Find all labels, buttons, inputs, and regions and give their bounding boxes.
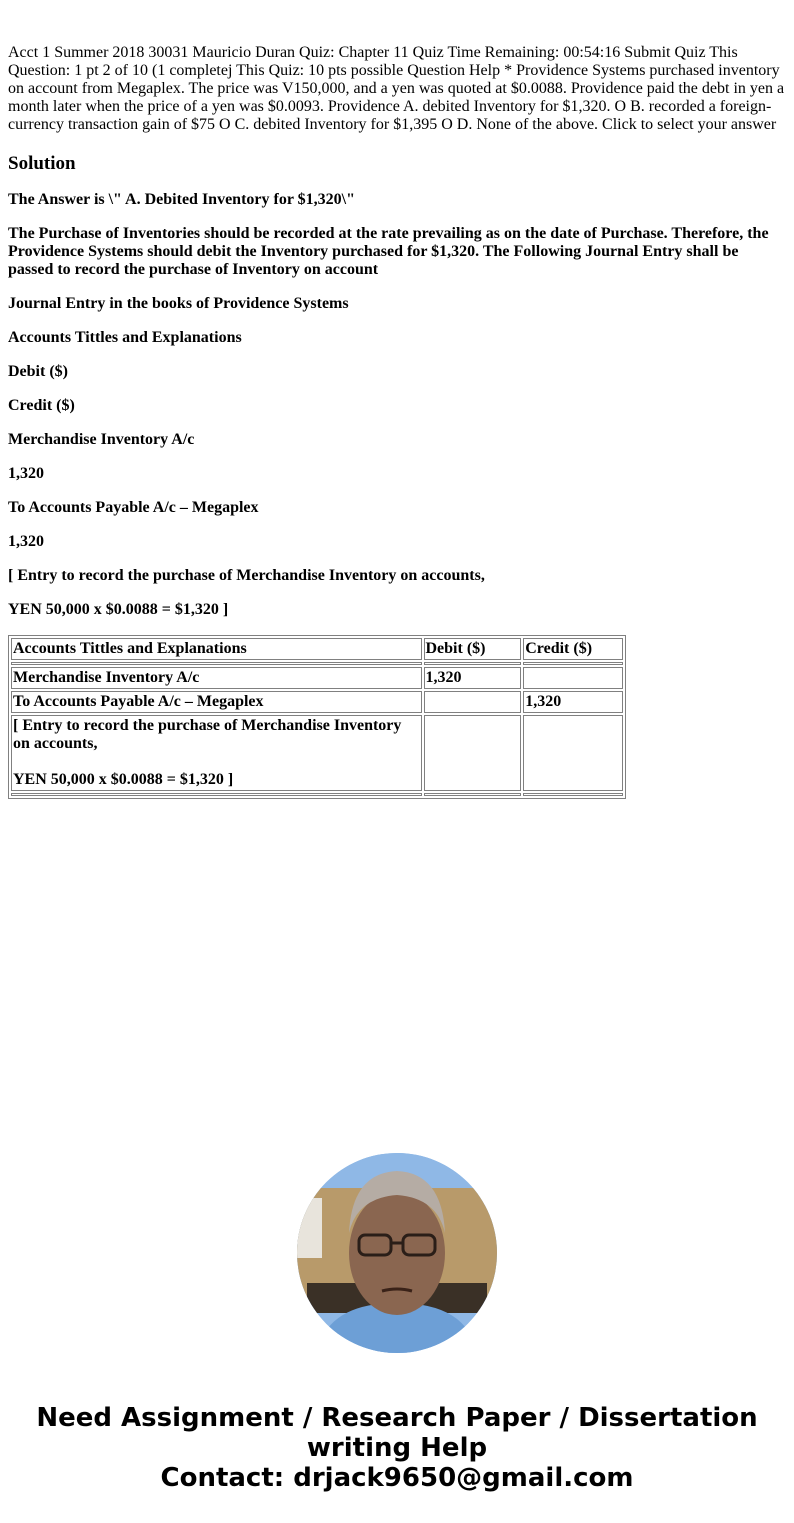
- header-accounts: Accounts Tittles and Explanations: [11, 638, 422, 660]
- cell-credit: [523, 667, 623, 689]
- promo-banner: Need Assignment / Research Paper / Disse…: [0, 1403, 794, 1493]
- promo-line-1: Need Assignment / Research Paper / Disse…: [0, 1403, 794, 1463]
- journal-title: Journal Entry in the books of Providence…: [8, 295, 786, 313]
- table-row: [ Entry to record the purchase of Mercha…: [11, 715, 623, 791]
- cell-credit: 1,320: [523, 691, 623, 713]
- document-body: Acct 1 Summer 2018 30031 Mauricio Duran …: [8, 44, 786, 799]
- journal-entry-table: Accounts Tittles and Explanations Debit …: [8, 635, 626, 799]
- header-credit: Credit ($): [523, 638, 623, 660]
- table-separator: [11, 793, 623, 796]
- plain-line: YEN 50,000 x $0.0088 = $1,320 ]: [8, 601, 786, 619]
- cell-account: To Accounts Payable A/c – Megaplex: [11, 691, 422, 713]
- note-line-2: YEN 50,000 x $0.0088 = $1,320 ]: [13, 771, 420, 789]
- author-photo-icon: [297, 1153, 497, 1353]
- plain-line: 1,320: [8, 533, 786, 551]
- explanation-text: The Purchase of Inventories should be re…: [8, 225, 786, 279]
- plain-line: 1,320: [8, 465, 786, 483]
- solution-heading: Solution: [8, 153, 786, 175]
- cell-debit: [424, 691, 522, 713]
- plain-line: To Accounts Payable A/c – Megaplex: [8, 499, 786, 517]
- cell-debit: [424, 715, 522, 791]
- table-row: Merchandise Inventory A/c 1,320: [11, 667, 623, 689]
- table-separator: [11, 662, 623, 665]
- plain-line: Credit ($): [8, 397, 786, 415]
- cell-account-note: [ Entry to record the purchase of Mercha…: [11, 715, 422, 791]
- table-row: To Accounts Payable A/c – Megaplex 1,320: [11, 691, 623, 713]
- header-debit: Debit ($): [424, 638, 522, 660]
- author-avatar: [297, 1153, 497, 1353]
- note-line-1: [ Entry to record the purchase of Mercha…: [13, 717, 420, 753]
- cell-account: Merchandise Inventory A/c: [11, 667, 422, 689]
- table-header-row: Accounts Tittles and Explanations Debit …: [11, 638, 623, 660]
- cell-debit: 1,320: [424, 667, 522, 689]
- plain-line: Merchandise Inventory A/c: [8, 431, 786, 449]
- plain-line: Accounts Tittles and Explanations: [8, 329, 786, 347]
- cell-credit: [523, 715, 623, 791]
- plain-line: Debit ($): [8, 363, 786, 381]
- answer-statement: The Answer is \" A. Debited Inventory fo…: [8, 191, 786, 209]
- promo-contact: Contact: drjack9650@gmail.com: [0, 1463, 794, 1493]
- plain-line: [ Entry to record the purchase of Mercha…: [8, 567, 786, 585]
- question-text: Acct 1 Summer 2018 30031 Mauricio Duran …: [8, 44, 786, 134]
